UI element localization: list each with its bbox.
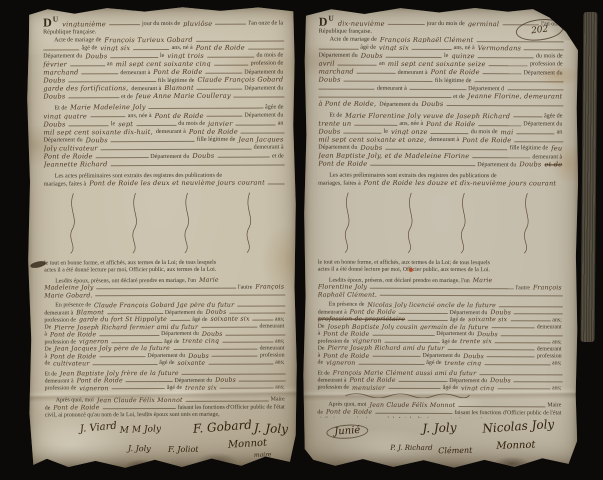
- handwritten-text: trente six: [460, 338, 492, 345]
- rule-fill: [502, 25, 539, 26]
- handwritten-text: trente six: [185, 384, 217, 391]
- printed-text: demeurant: [260, 323, 285, 329]
- rule-fill: [388, 388, 441, 389]
- printed-text: de: [318, 360, 324, 366]
- signature: J. Joly: [254, 421, 289, 436]
- handwritten-text: Claude François Gobard Jge père du futur: [94, 301, 234, 308]
- rule-fill: [399, 313, 448, 314]
- handwritten-text: Marie Florentine Joly veuve de Joseph Ri…: [345, 111, 510, 119]
- scanned-register-spread: DUvingtunièmejour du mois depluviôsel'an…: [0, 0, 603, 480]
- handwritten-text: Marie: [473, 277, 493, 284]
- rule-fill: [319, 89, 375, 90]
- handwritten-text: Doubs: [361, 52, 383, 60]
- rule-fill: [479, 374, 562, 375]
- rule-fill: [217, 156, 270, 157]
- handwritten-text: trente cinq: [444, 360, 481, 367]
- rule-fill: [495, 342, 550, 343]
- handwritten-text: avril: [319, 60, 335, 68]
- handwritten-text: Pont de Roide: [350, 309, 396, 316]
- handwritten-text: Pont de Roide: [326, 409, 372, 416]
- rule-fill: [514, 313, 563, 314]
- handwritten-text: Doubs: [318, 127, 340, 135]
- form-line: profession demenuisierâgé devingt cinqan…: [317, 383, 564, 391]
- handwritten-text: Pont de Roide: [323, 330, 369, 337]
- rule-fill: [205, 73, 242, 74]
- printed-text: mariages, faites à: [318, 180, 360, 186]
- handwritten-text: feue Anne Marie Coulleray: [136, 92, 231, 100]
- handwritten-text: profession de propriétaire: [318, 316, 405, 323]
- printed-text: âgé de: [81, 46, 97, 52]
- book-fore-edge: [581, 12, 598, 342]
- printed-text: Département du: [244, 113, 283, 119]
- form-line: Doubset defeue Anne Marie Coulleray: [43, 91, 286, 100]
- form-line: mariages, faites àPont de Roide les deux…: [44, 178, 287, 187]
- rule-fill: [386, 57, 442, 58]
- rule-fill: [478, 125, 521, 126]
- rule-fill: [212, 356, 258, 357]
- printed-text: âgé de: [442, 339, 457, 345]
- signature: Junié: [326, 423, 369, 440]
- rule-fill: [497, 389, 550, 390]
- handwritten-text: Pont de Roide: [196, 43, 245, 51]
- printed-text: et de: [121, 94, 133, 100]
- rule-fill: [447, 349, 534, 350]
- rule-fill: [237, 305, 285, 306]
- rule-fill: [214, 64, 249, 65]
- printed-text: le: [111, 121, 115, 127]
- printed-text: demeurant à: [317, 377, 346, 383]
- printed-text: profession de: [318, 338, 350, 344]
- printed-text: En présence de: [329, 302, 365, 308]
- handwritten-text: Vermondans: [478, 44, 521, 52]
- printed-text: de: [45, 361, 51, 367]
- register-page-left: DUvingtunièmejour du mois depluviôsel'an…: [26, 5, 298, 468]
- handwritten-text: Jean Baptiste Joly frère de la future: [60, 370, 179, 377]
- printed-text: Département du: [244, 69, 283, 75]
- form-line: actes il a été donné lecture par moi, Of…: [318, 266, 565, 274]
- form-line: àPont de RoideDépartement duDoubsprofess…: [318, 351, 565, 359]
- printed-text: âgé de: [426, 360, 441, 366]
- printed-text: jour du mois de: [142, 21, 180, 27]
- cancellation-flourishes: [318, 189, 565, 256]
- handwritten-text: février: [43, 60, 67, 68]
- rule-fill: [239, 381, 286, 382]
- printed-text: Département du: [165, 309, 203, 315]
- printed-text: ans, né à: [172, 45, 193, 51]
- handwritten-text: vigneron: [352, 338, 381, 345]
- handwritten-text: Blamont: [76, 309, 104, 316]
- rule-fill: [499, 306, 563, 307]
- printed-text: Département d: [468, 86, 504, 92]
- printed-text: fille légitime de: [197, 137, 236, 143]
- form-line: DUvingtunièmejour du mois depluviôsel'an…: [43, 13, 286, 27]
- signature: J. Viard: [79, 421, 117, 435]
- form-line: Lesdits époux, présens, ont déclaré pren…: [318, 276, 565, 284]
- form-line: Pont de RoideDépartement duDoubset de: [318, 159, 565, 168]
- signature: maire: [254, 451, 272, 459]
- printed-text: Département du: [318, 145, 357, 151]
- handwritten-text: feu: [551, 144, 562, 152]
- printed-text: ans, né à: [454, 45, 475, 51]
- form-line: En présence deNicolas Joly licencié oncl…: [318, 301, 565, 309]
- printed-text: et de: [453, 94, 465, 100]
- printed-text: âgé de: [360, 45, 376, 51]
- rule-fill: [319, 48, 359, 49]
- rule-fill: [70, 65, 105, 66]
- printed-text: an: [107, 62, 113, 68]
- printed-text: âgé de: [450, 317, 465, 323]
- rule-fill: [99, 357, 145, 358]
- printed-text: Département du: [43, 54, 82, 60]
- handwritten-text: vingt cinq: [461, 385, 494, 392]
- rule-fill: [524, 49, 564, 50]
- rule-fill: [220, 388, 273, 389]
- printed-text: fils légitime de: [435, 78, 472, 84]
- handwritten-text: Marie Madeleine Joly: [70, 104, 146, 112]
- printed-text: du mois de: [256, 53, 283, 59]
- handwritten-text: Raphaël Clément.: [318, 291, 377, 298]
- handwritten-text: Doubs: [85, 52, 107, 60]
- rule-fill: [97, 288, 236, 290]
- handwritten-text: pluviôse: [183, 19, 212, 27]
- printed-text: le tout en bonne forme, et affichés, aux…: [318, 260, 490, 267]
- rule-fill: [380, 295, 563, 297]
- handwritten-text: Pont de Roide les deux et neuvième jours…: [89, 179, 265, 187]
- printed-text: demeurant à: [120, 70, 150, 76]
- printed-text: demeurant à: [429, 137, 459, 143]
- rule-fill: [69, 125, 109, 126]
- handwritten-text: dix-neuvième: [338, 19, 385, 27]
- rule-fill: [69, 97, 120, 98]
- page-content: DUvingtunièmejour du mois depluviôsel'an…: [43, 13, 288, 418]
- rule-fill: [358, 363, 424, 364]
- rule-fill: [484, 364, 550, 365]
- handwritten-text: et de: [544, 160, 562, 168]
- rule-fill: [514, 381, 563, 382]
- signature-area: JuniéJ. JolyNicolas JolyP. J. RichardClé…: [302, 418, 578, 467]
- rule-fill: [474, 81, 563, 82]
- printed-text: le tout en bonne forme, et affichés, aux…: [44, 260, 216, 267]
- printed-text: ans, née à: [399, 121, 423, 127]
- rule-fill: [133, 49, 169, 50]
- rule-fill: [489, 65, 528, 66]
- register-page-right: 202 DUdix-neuvièmejour du mois degermina…: [302, 6, 580, 469]
- form-line: Acte de mariage deFrançois Raphaël Cléme…: [319, 35, 566, 44]
- form-line: DeJoseph Baptiste Joly cousin germain de…: [318, 322, 565, 330]
- handwritten-text: vingt six: [379, 44, 409, 52]
- flourish-rule: [343, 392, 473, 398]
- handwritten-text: Pierre Joseph Richard ami du futur: [327, 345, 444, 352]
- handwritten-text: Blamont: [164, 84, 193, 92]
- form-line: decultivateurâgé desoixanteans;: [45, 358, 288, 366]
- printed-text: demeurant: [537, 324, 562, 330]
- handwritten-text: Doubs: [215, 377, 236, 384]
- signature: Monnot: [496, 440, 536, 452]
- rule-fill: [514, 141, 563, 142]
- printed-text: ans, née à: [128, 113, 152, 119]
- rule-fill: [385, 342, 440, 343]
- printed-text: Acte de mariage de: [330, 37, 377, 43]
- signature: Monnot: [228, 438, 268, 451]
- printed-text: jour du mois de: [427, 21, 465, 27]
- handwritten-text: Joseph Baptiste Joly cousin germain de l…: [328, 323, 489, 330]
- signature: M M Joly: [120, 424, 162, 436]
- handwritten-text: janvier: [208, 119, 233, 127]
- rule-fill: [222, 341, 273, 342]
- rule-fill: [173, 349, 258, 350]
- printed-text: De: [318, 324, 325, 330]
- printed-text: mariages, faites à: [44, 181, 86, 187]
- handwritten-text: Pont de Roide: [189, 127, 238, 135]
- rule-fill: [92, 364, 157, 365]
- rule-fill: [101, 148, 252, 150]
- printed-text: Département du: [147, 353, 185, 359]
- form-line: àPont de RoideDépartement duDoubs: [318, 330, 565, 338]
- handwritten-text: vingt onze: [391, 128, 428, 136]
- handwritten-text: Doubs: [43, 120, 65, 128]
- printed-text: profession: [260, 352, 285, 358]
- printed-text: l'an onze de la: [248, 20, 283, 26]
- printed-text: ans;: [552, 339, 562, 345]
- rule-fill: [372, 356, 420, 357]
- drop-cap: D: [43, 17, 52, 27]
- handwritten-text: marchand: [319, 68, 354, 76]
- rule-fill: [447, 105, 564, 106]
- page-content: DUdix-neuvièmejour du mois degerminall'a…: [317, 14, 565, 419]
- handwritten-text: Doubs: [43, 77, 65, 85]
- printed-text: ans;: [275, 316, 285, 322]
- rule-fill: [182, 373, 286, 374]
- signature: J. Joly: [422, 420, 457, 435]
- handwritten-text: mil sept cent soixante seize: [388, 60, 486, 68]
- handwritten-text: Pont de Roide: [44, 152, 93, 160]
- rule-fill: [513, 117, 542, 118]
- rule-fill: [234, 97, 285, 98]
- handwritten-text: Pont de Roide: [318, 160, 367, 168]
- rule-fill: [90, 117, 126, 118]
- printed-text: Et de: [54, 105, 67, 111]
- handwritten-text: mil sept cent soixante dix-huit,: [44, 128, 153, 136]
- rule-fill: [318, 97, 451, 98]
- form-line: à Pont de Roide,Département duDoubs: [318, 99, 565, 108]
- cancellation-flourishes: [44, 189, 287, 256]
- rule-fill: [197, 89, 242, 90]
- rule-fill: [501, 335, 563, 336]
- rule-fill: [344, 81, 433, 82]
- printed-text: profession de: [45, 385, 77, 391]
- rule-fill: [458, 406, 545, 407]
- rule-fill: [370, 165, 475, 166]
- printed-text: fils légitime de: [158, 78, 195, 84]
- rule-fill: [253, 320, 273, 321]
- rule-fill: [483, 73, 522, 74]
- printed-text: République française.: [43, 29, 96, 35]
- printed-text: Les actes préliminaires sont extraits de…: [329, 172, 496, 179]
- printed-text: à: [318, 331, 321, 337]
- rule-fill: [492, 328, 535, 329]
- printed-text: l'autre: [515, 285, 530, 291]
- handwritten-text: Doubs: [490, 309, 511, 316]
- printed-text: an: [557, 130, 563, 136]
- handwritten-text: Doubs: [188, 352, 209, 359]
- rule-fill: [96, 295, 286, 297]
- handwritten-text: Doubs: [477, 331, 498, 338]
- printed-text: Département du: [174, 378, 212, 384]
- rule-fill: [343, 132, 381, 133]
- printed-text: âgé de: [167, 385, 182, 391]
- handwritten-text: Doubs: [490, 377, 511, 384]
- rule-fill: [354, 124, 397, 125]
- handwritten-text: garde du fort St Hippolyte: [79, 316, 167, 323]
- form-line: DUdix-neuvièmejour du mois degerminall'a…: [319, 14, 566, 28]
- signature: F. Joliot: [168, 445, 199, 454]
- printed-text: profession de: [251, 61, 284, 67]
- form-line: actes il a été donné lecture par moi, Of…: [44, 265, 287, 273]
- printed-text: actes il a été donné lecture par moi, Of…: [318, 267, 490, 274]
- rule-fill: [111, 141, 195, 142]
- printed-text: an: [379, 61, 385, 67]
- handwritten-text: Jean Jacques Joly père de la future: [54, 345, 170, 352]
- printed-text: Lesdits époux, présens, ont déclaré pren…: [329, 277, 470, 283]
- printed-text: ans;: [275, 338, 285, 344]
- printed-text: Département du: [319, 53, 358, 59]
- rule-fill: [207, 116, 243, 117]
- printed-text: ans;: [552, 317, 562, 323]
- form-line: Marie Gobard.: [44, 290, 287, 298]
- form-line: marchanddemeurant àPont de RoideDépartem…: [43, 67, 286, 76]
- form-line: profession devigneronâgé detrente sixans…: [45, 383, 288, 391]
- handwritten-text: Doubs: [421, 100, 443, 108]
- printed-text: Et de: [329, 113, 342, 119]
- rule-fill: [268, 184, 285, 185]
- printed-text: de: [45, 405, 51, 411]
- handwritten-text: Doubs: [202, 331, 223, 338]
- handwritten-text: François Turieux Gobard: [104, 36, 192, 44]
- form-line: Jeannette Richard: [44, 159, 287, 168]
- rule-fill: [477, 41, 564, 42]
- handwritten-text: Pont de Roide: [53, 404, 99, 411]
- handwritten-text: trente cinq: [182, 338, 219, 345]
- printed-text: Département du: [44, 138, 83, 144]
- printed-text: demeurant à: [45, 378, 74, 384]
- rule-fill: [412, 49, 452, 50]
- form-line: devigneronâgé detrente cinqans;: [318, 359, 565, 367]
- handwritten-text: Pont de Roide: [431, 68, 480, 76]
- printed-text: à: [44, 332, 47, 338]
- form-line: DePierre Joseph Richard ami du futurdeme…: [318, 344, 565, 352]
- rule-fill: [68, 81, 155, 82]
- printed-text: Département du: [450, 310, 488, 316]
- form-line: févrieranmil sept cent soixante cinqprof…: [43, 59, 286, 68]
- printed-text: Département du: [523, 70, 562, 76]
- handwritten-text: François: [533, 285, 562, 292]
- rule-fill: [338, 65, 377, 66]
- handwritten-text: Jeannette Richard: [44, 160, 108, 168]
- signature: Clément: [438, 446, 472, 455]
- printed-text: âgée de: [544, 113, 562, 119]
- drop-cap: U: [328, 14, 333, 23]
- printed-text: ans;: [552, 385, 562, 391]
- printed-text: profession de: [44, 339, 76, 345]
- rule-fill: [201, 327, 257, 328]
- handwritten-text: germinal: [468, 20, 500, 28]
- printed-text: Maire: [271, 397, 285, 403]
- printed-text: demeurant: [260, 345, 285, 351]
- handwritten-text: Pont de Roide les douze et dix-neuvième …: [364, 179, 557, 187]
- handwritten-text: Pont de Roide: [155, 111, 204, 119]
- handwritten-text: Pierre Joseph Richard fermier ami du fut…: [54, 323, 198, 330]
- printed-text: Département du: [523, 121, 562, 127]
- handwritten-text: Doubs: [86, 136, 108, 144]
- handwritten-text: soixante six: [468, 316, 507, 323]
- rule-fill: [110, 57, 158, 58]
- handwritten-text: à Pont de Roide,: [318, 100, 376, 108]
- rule-fill: [431, 133, 469, 134]
- handwritten-text: mai: [501, 128, 514, 136]
- printed-text: Lesdits époux, présens, ont déclaré pren…: [55, 277, 196, 284]
- printed-text: à: [318, 353, 321, 359]
- handwritten-text: Joly cultivateur: [44, 144, 98, 152]
- rule-fill: [229, 312, 285, 313]
- rule-fill: [226, 334, 286, 335]
- rule-fill: [516, 133, 554, 134]
- rule-fill: [236, 124, 276, 125]
- rule-fill: [170, 320, 190, 321]
- handwritten-text: Jean Claude Félix Monnot: [97, 397, 183, 404]
- rule-fill: [99, 335, 159, 336]
- printed-text: âgé de: [192, 317, 207, 323]
- rule-fill: [373, 334, 435, 335]
- printed-text: demeurant à: [131, 86, 161, 92]
- handwritten-text: Jean Baptiste Joly, et de Madeleine Flor…: [318, 152, 469, 160]
- signature: J. Joly: [128, 444, 151, 453]
- rule-fill: [186, 400, 269, 401]
- handwritten-text: Doubs: [519, 160, 541, 168]
- rule-fill: [207, 56, 255, 57]
- rule-fill: [370, 288, 513, 290]
- handwritten-text: soixante six: [210, 316, 249, 323]
- printed-text: Département du: [244, 85, 283, 91]
- printed-text: Après quoi, moi: [328, 402, 366, 408]
- handwritten-text: Jeanne Florine, demeurant: [468, 92, 563, 100]
- handwritten-text: vigneron: [79, 338, 108, 345]
- rule-fill: [43, 49, 79, 50]
- handwritten-text: Marie Gobard.: [44, 292, 92, 299]
- printed-text: Acte de mariage de: [54, 37, 101, 43]
- rule-fill: [112, 388, 165, 389]
- printed-text: Et de: [45, 371, 57, 377]
- printed-text: faisant les fonctions d'Officier public …: [454, 410, 561, 416]
- rule-fill: [107, 313, 163, 314]
- rule-fill: [241, 132, 285, 133]
- rule-fill: [472, 157, 530, 158]
- form-line: le tout en bonne forme, et affichés, aux…: [318, 258, 565, 266]
- rule-fill: [487, 357, 535, 358]
- handwritten-text: garde des fortifications,: [43, 84, 128, 92]
- printed-text: De: [44, 325, 51, 331]
- printed-text: ans;: [275, 384, 285, 390]
- handwritten-text: Doubs: [463, 353, 484, 360]
- printed-text: demeurant à: [532, 154, 562, 160]
- handwritten-text: Marie: [199, 277, 219, 284]
- printed-text: profession: [537, 353, 562, 359]
- printed-text: âgée de: [265, 104, 283, 110]
- printed-text: le: [160, 53, 164, 59]
- printed-text: Département du: [161, 331, 199, 337]
- form-line: mariages, faites àPont de Roide les douz…: [318, 178, 565, 187]
- handwritten-text: vingt trois: [167, 52, 204, 60]
- handwritten-text: vigneron: [79, 385, 108, 392]
